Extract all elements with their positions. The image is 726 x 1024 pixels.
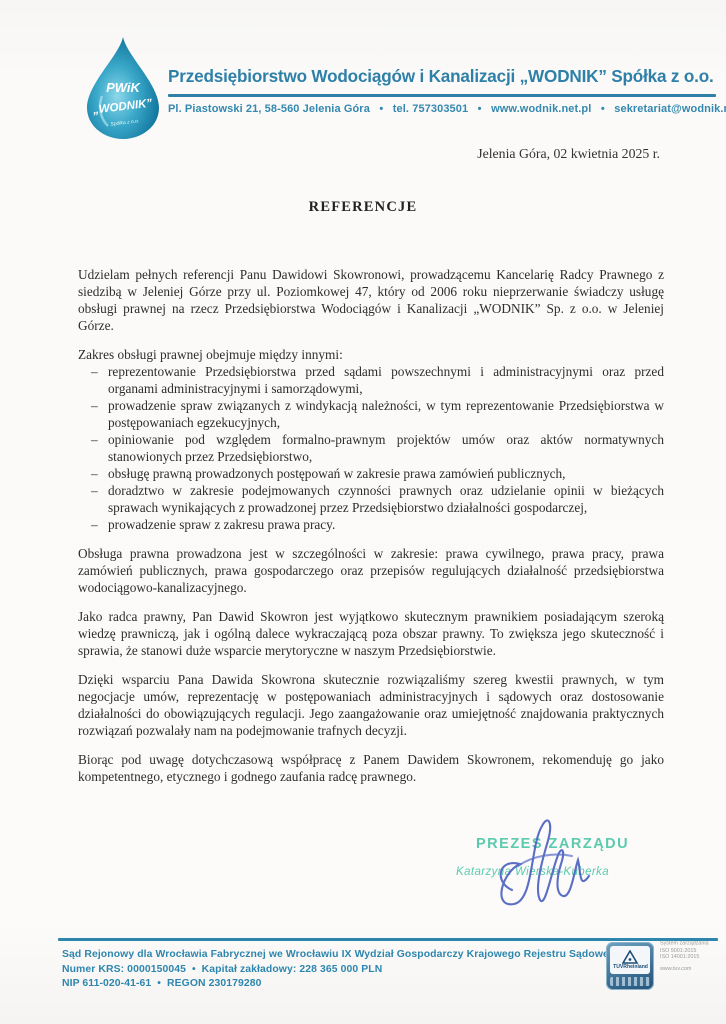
logo-text-pwik: PWiK [106, 80, 141, 95]
tuv-cert-url: www.tuv.com [660, 966, 716, 973]
paragraph-results: Dzięki wsparciu Pana Dawida Skowrona sku… [78, 671, 664, 739]
footer-divider [58, 938, 718, 941]
company-address-line: Pl. Piastowski 21, 58-560 Jelenia Góra •… [168, 103, 716, 115]
list-dash: – [91, 465, 98, 482]
footer-line-court: Sąd Rejonowy dla Wrocławia Fabrycznej we… [62, 948, 622, 963]
list-item-text: opiniowanie pod względem formalno-prawny… [108, 432, 664, 464]
list-item: –prowadzenie spraw związanych z windykac… [78, 397, 664, 431]
company-logo: PWiK „WODNIK” Spółka z o.o. [82, 34, 164, 142]
tuv-cert-iso9001: ISO 9001:2015 [660, 948, 716, 955]
list-dash: – [91, 363, 98, 380]
tuv-cert-system: System zarządzania [660, 941, 716, 948]
list-item: –obsługę prawną prowadzonych postępowań … [78, 465, 664, 482]
list-dash: – [91, 397, 98, 414]
paragraph-scope: Obsługa prawna prowadzona jest w szczegó… [78, 545, 664, 596]
legal-services-list: –reprezentowanie Przedsiębiorstwa przed … [78, 363, 664, 533]
list-item-text: doradztwo w zakresie podejmowanych czynn… [108, 483, 664, 515]
paragraph-qualities: Jako radca prawny, Pan Dawid Skowron jes… [78, 608, 664, 659]
footer-line-nip-regon: NIP 611-020-41-61 • REGON 230179280 [62, 977, 622, 992]
signature-block: PREZES ZARZĄDU Katarzyna Wierska-Kuberka [452, 836, 682, 878]
list-item: –prowadzenie spraw z zakresu prawa pracy… [78, 516, 664, 533]
list-item-text: obsługę prawną prowadzonych postępowań w… [108, 466, 565, 481]
letterhead: Przedsiębiorstwo Wodociągów i Kanalizacj… [168, 66, 716, 115]
tuv-cert-text: System zarządzania ISO 9001:2015 ISO 140… [660, 941, 716, 973]
stamp-title: PREZES ZARZĄDU [452, 836, 682, 852]
company-name: Przedsiębiorstwo Wodociągów i Kanalizacj… [168, 66, 705, 87]
list-item-text: prowadzenie spraw związanych z windykacj… [108, 398, 664, 430]
list-item-text: reprezentowanie Przedsiębiorstwa przed s… [108, 364, 664, 396]
tuv-cert-iso14001: ISO 14001:2015 [660, 955, 716, 962]
tuv-brand-text: TÜVRheinland [613, 964, 648, 969]
stamp-name: Katarzyna Wierska-Kuberka [452, 866, 682, 878]
paragraph-intro: Udzielam pełnych referencji Panu Dawidow… [78, 266, 664, 334]
waterdrop-icon: PWiK „WODNIK” Spółka z o.o. [82, 34, 164, 142]
list-item: –doradztwo w zakresie podejmowanych czyn… [78, 482, 664, 516]
reference-letter-page: PWiK „WODNIK” Spółka z o.o. Przedsiębior… [0, 0, 726, 1024]
list-dash: – [91, 482, 98, 499]
list-item-text: prowadzenie spraw z zakresu prawa pracy. [108, 517, 335, 532]
list-dash: – [91, 516, 98, 533]
list-item: –reprezentowanie Przedsiębiorstwa przed … [78, 363, 664, 397]
list-intro: Zakres obsługi prawnej obejmuje między i… [78, 346, 664, 363]
tuv-triangle-icon [622, 950, 638, 964]
list-item: –opiniowanie pod względem formalno-prawn… [78, 431, 664, 465]
list-dash: – [91, 431, 98, 448]
letter-body: Udzielam pełnych referencji Panu Dawidow… [78, 266, 664, 797]
header-divider [168, 94, 716, 97]
tuv-badge-inner: TÜVRheinland [610, 946, 650, 974]
tuv-badge-strip [610, 977, 650, 986]
footer-line-krs-capital: Numer KRS: 0000150045 • Kapitał zakładow… [62, 963, 622, 978]
date-line: Jelenia Góra, 02 kwietnia 2025 r. [477, 146, 660, 162]
tuv-certification-badge: TÜVRheinland [606, 942, 654, 990]
document-title: REFERENCJE [0, 199, 726, 216]
footer-registry-info: Sąd Rejonowy dla Wrocławia Fabrycznej we… [62, 948, 622, 992]
paragraph-recommendation: Biorąc pod uwagę dotychczasową współprac… [78, 751, 664, 785]
